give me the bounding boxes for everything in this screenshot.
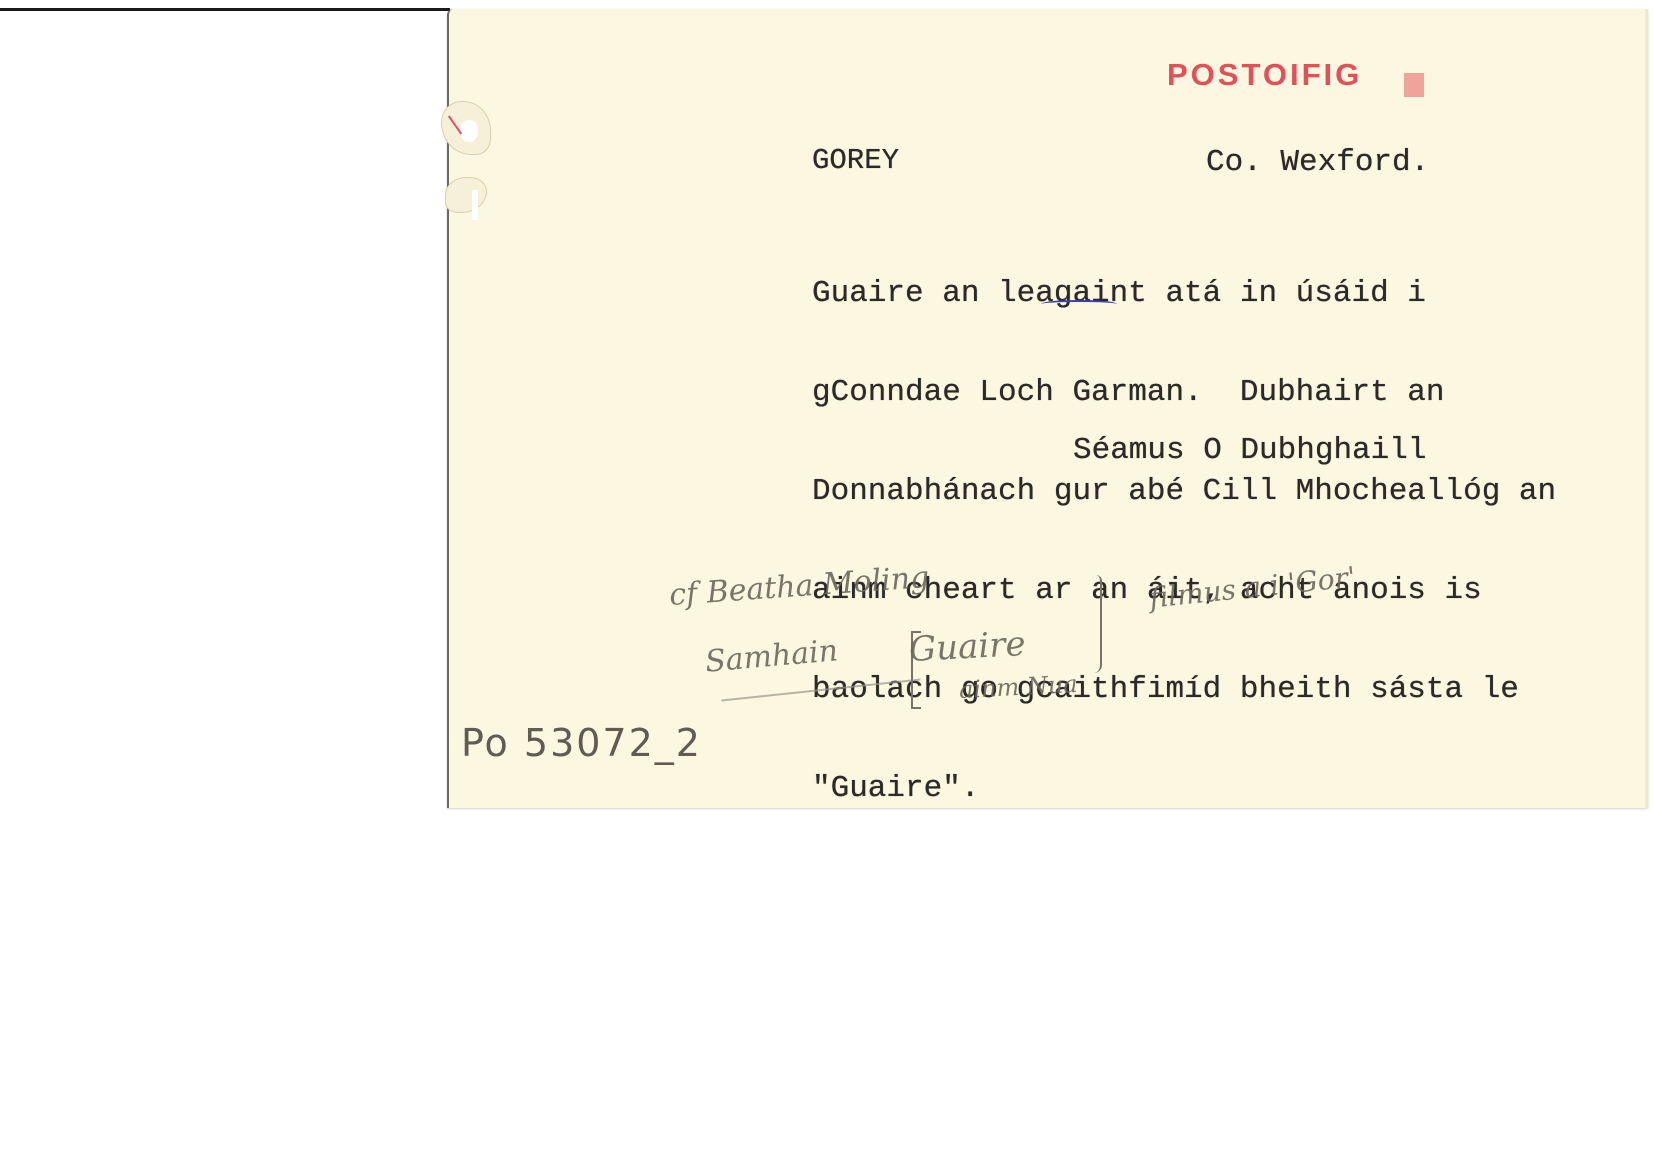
torn-corner-damage bbox=[441, 101, 491, 155]
blue-ink-underline bbox=[1041, 300, 1117, 308]
body-line: "Guaire". bbox=[812, 772, 1556, 805]
punch-hole bbox=[460, 120, 478, 142]
stamp-smudge bbox=[1404, 73, 1424, 97]
body-text: Guaire an leagaint atá in úsáid i gConnd… bbox=[812, 211, 1556, 871]
body-line: baolach go gcaithfimíd bheith sásta le bbox=[812, 673, 1556, 706]
county-heading: Co. Wexford. bbox=[1206, 146, 1429, 179]
scan-edge-line bbox=[0, 8, 450, 11]
pencil-bracket-right bbox=[1094, 575, 1102, 673]
punch-slot bbox=[472, 190, 478, 220]
body-line: Donnabhánach gur abé Cill Mhocheallóg an bbox=[812, 475, 1556, 508]
postoifig-stamp: POSTOIFIG bbox=[1167, 57, 1362, 93]
body-line: Guaire an leagaint atá in úsáid i bbox=[812, 277, 1556, 310]
signature: Séamus O Dubhghaill bbox=[1073, 434, 1426, 467]
place-name-heading: GOREY bbox=[812, 144, 899, 177]
reference-number: Po 53072_2 bbox=[461, 721, 702, 765]
torn-edge-damage bbox=[445, 177, 487, 213]
index-card: POSTOIFIG GOREY Co. Wexford. Guaire an l… bbox=[447, 9, 1648, 808]
body-line: gConndae Loch Garman. Dubhairt an bbox=[812, 376, 1556, 409]
pencil-note-guaire: Guaire bbox=[908, 624, 1027, 670]
